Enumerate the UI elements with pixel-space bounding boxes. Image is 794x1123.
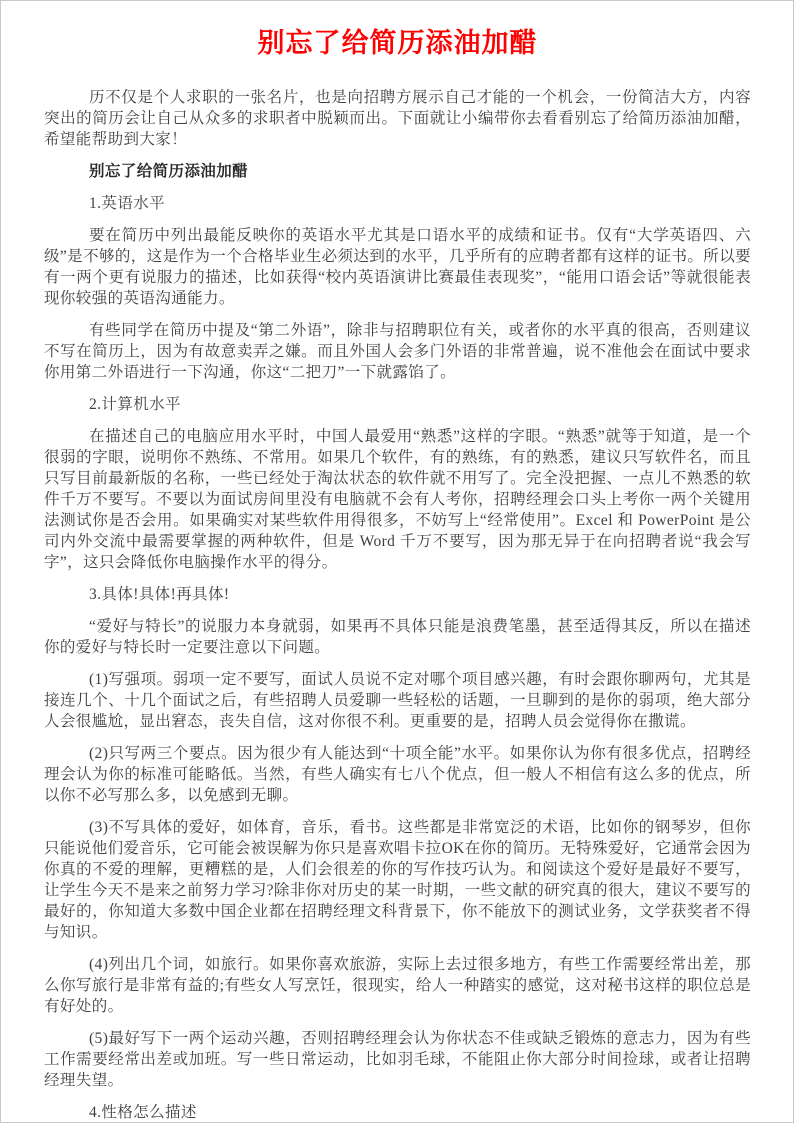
paragraph: (3)不写具体的爱好，如体育，音乐，看书。这些都是非常宽泛的术语，比如你的钢琴岁… [44, 817, 751, 943]
section-heading: 4.性格怎么描述 [44, 1102, 751, 1123]
paragraph: (5)最好写下一两个运动兴趣，否则招聘经理会认为你状态不佳或缺乏锻炼的意志力，因… [44, 1028, 751, 1091]
section-heading: 3.具体!具体!再具体! [44, 584, 751, 605]
subtitle-heading: 别忘了给简历添油加醋 [44, 161, 751, 182]
paragraph: (2)只写两三个要点。因为很少有人能达到“十项全能”水平。如果你认为你有很多优点… [44, 743, 751, 806]
section-heading: 2.计算机水平 [44, 394, 751, 415]
document-page: 别忘了给简历添油加醋 历不仅是个人求职的一张名片，也是向招聘方展示自己才能的一个… [0, 0, 794, 1123]
paragraph: (4)列出几个词，如旅行。如果你喜欢旅游，实际上去过很多地方，有些工作需要经常出… [44, 954, 751, 1017]
paragraph: 要在简历中列出最能反映你的英语水平尤其是口语水平的成绩和证书。仅有“大学英语四、… [44, 225, 751, 309]
section-heading: 1.英语水平 [44, 193, 751, 214]
paragraph: (1)写强项。弱项一定不要写，面试人员说不定对哪个项目感兴趣，有时会跟你聊两句，… [44, 669, 751, 732]
document-title: 别忘了给简历添油加醋 [44, 25, 751, 61]
document-body: 历不仅是个人求职的一张名片，也是向招聘方展示自己才能的一个机会，一份简洁大方，内… [44, 87, 751, 1123]
paragraph: “爱好与特长”的说服力本身就弱，如果再不具体只能是浪费笔墨，甚至适得其反，所以在… [44, 616, 751, 658]
paragraph: 有些同学在简历中提及“第二外语”，除非与招聘职位有关，或者你的水平真的很高，否则… [44, 320, 751, 383]
paragraph: 历不仅是个人求职的一张名片，也是向招聘方展示自己才能的一个机会，一份简洁大方，内… [44, 87, 751, 150]
paragraph: 在描述自己的电脑应用水平时，中国人最爱用“熟悉”这样的字眼。“熟悉”就等于知道，… [44, 426, 751, 573]
